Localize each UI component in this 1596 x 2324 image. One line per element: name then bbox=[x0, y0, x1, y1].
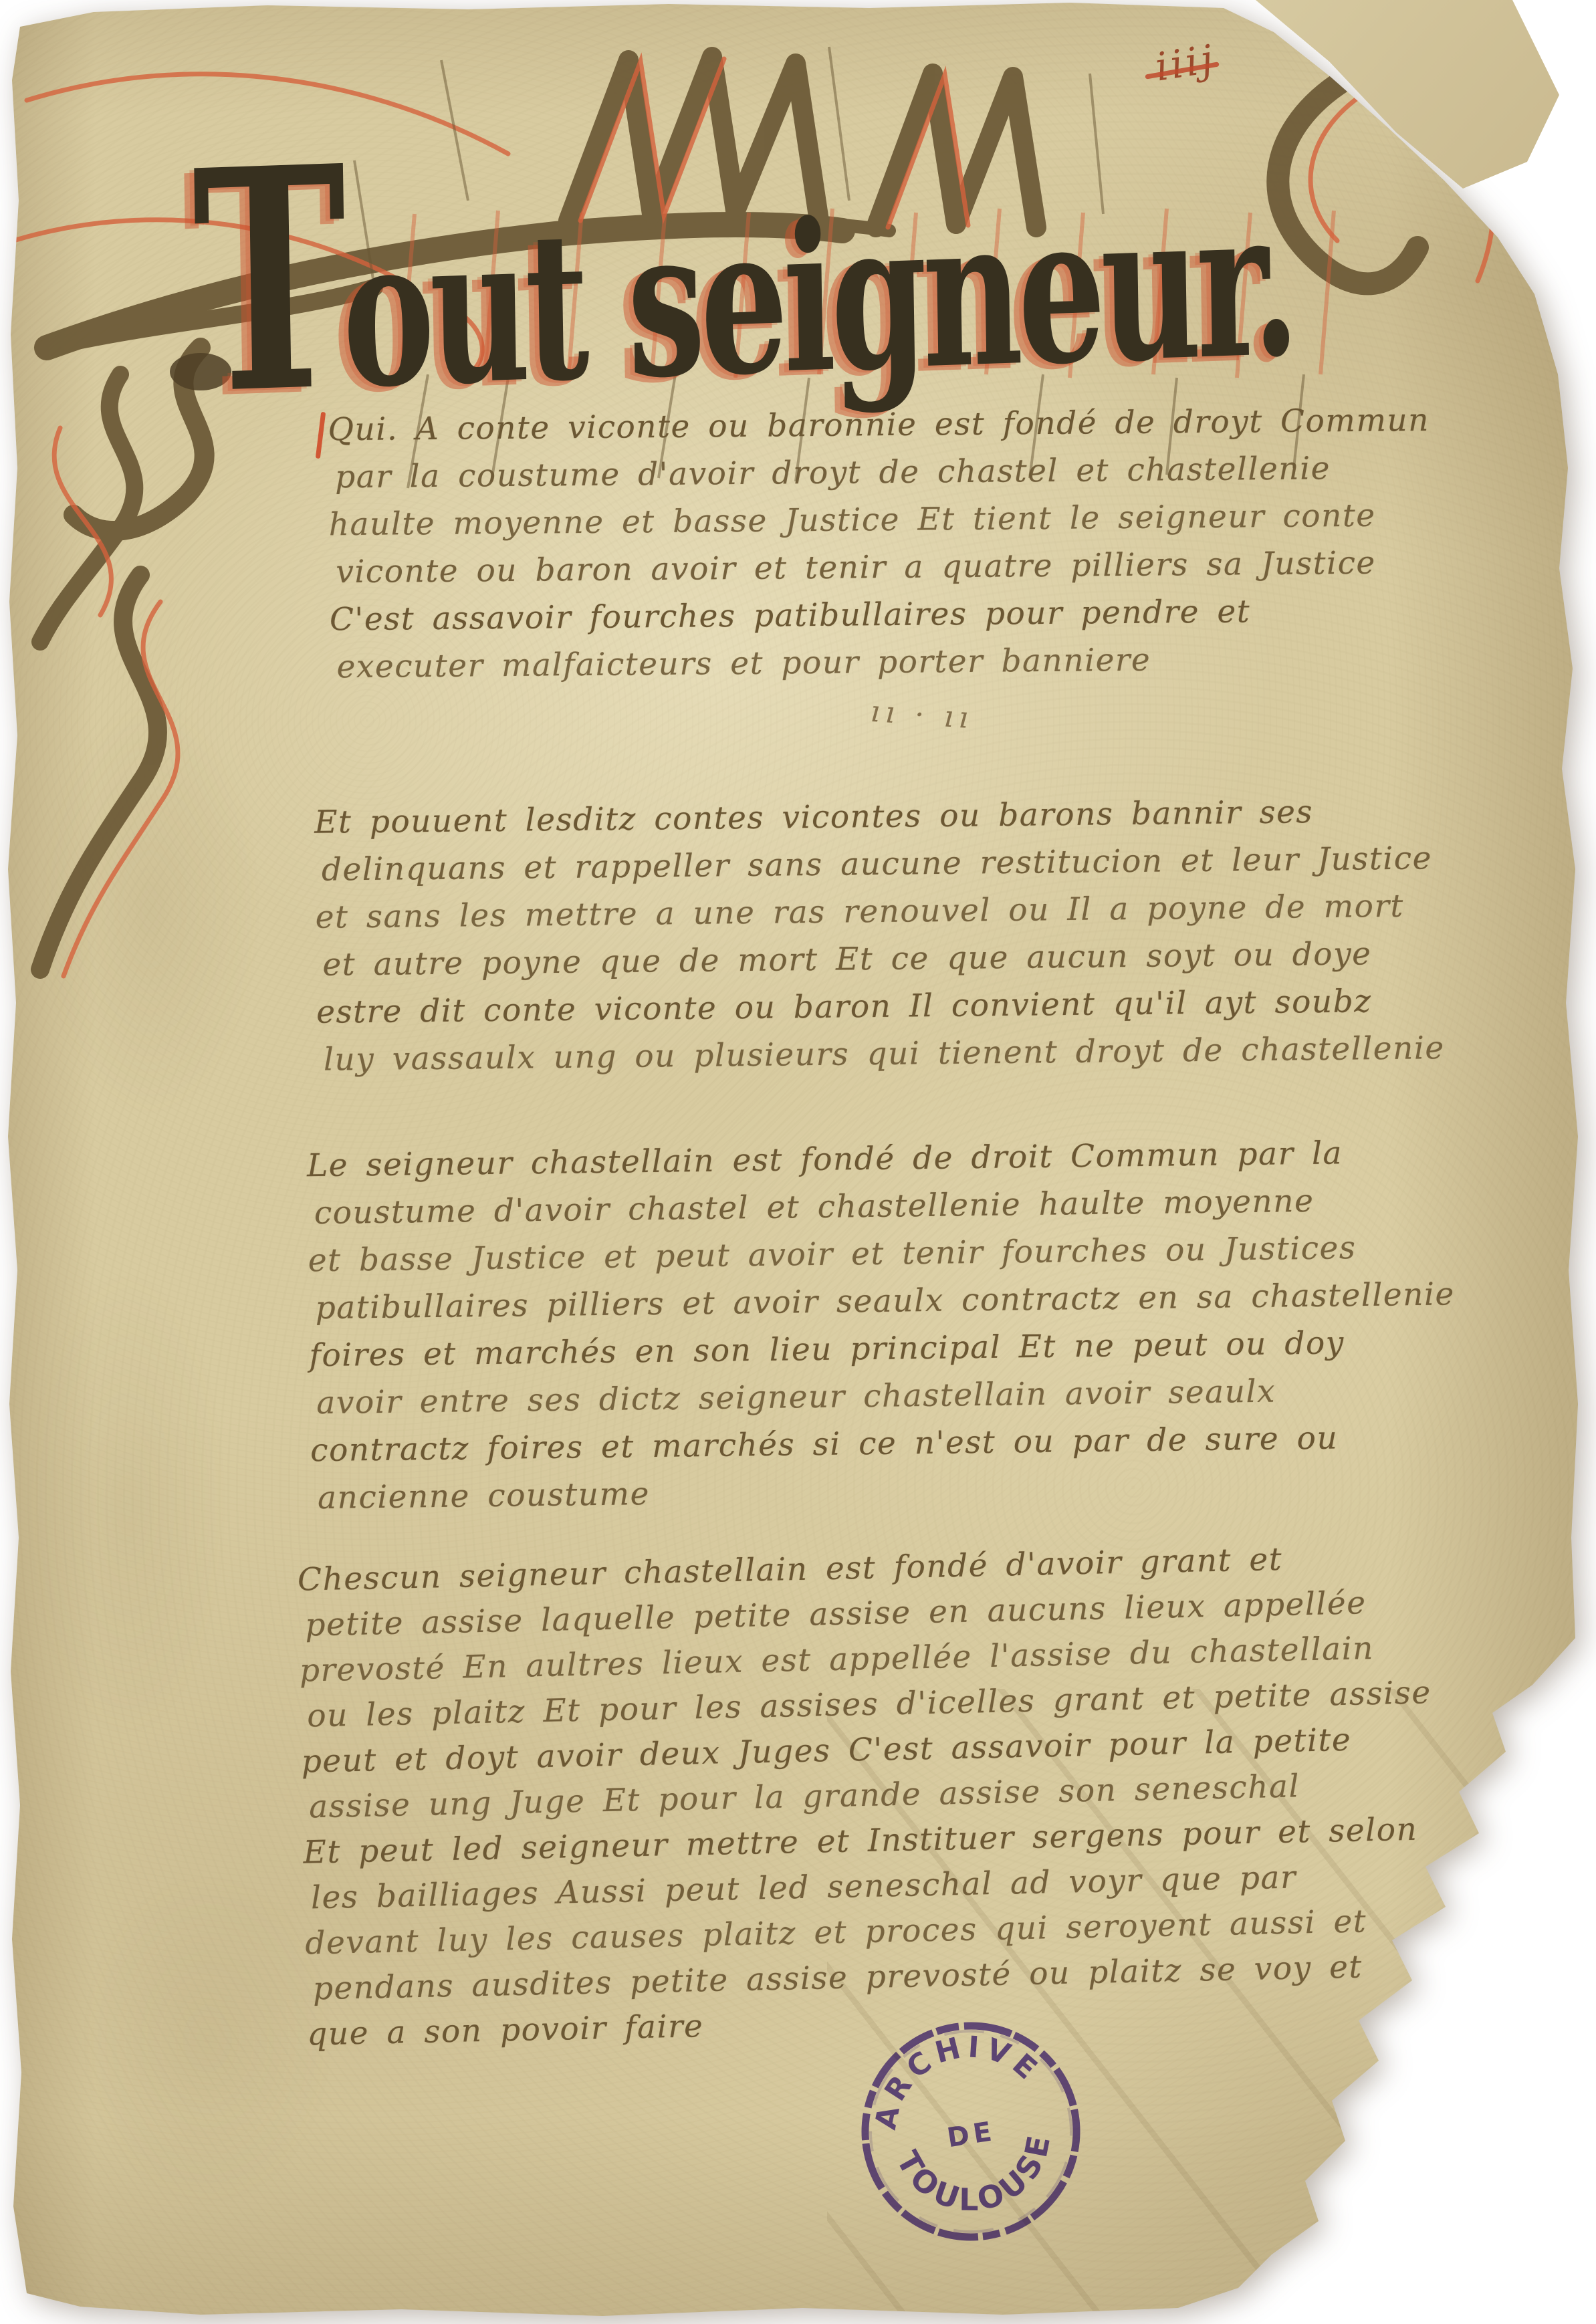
body-paragraph: Le seigneur chastellain est fondé de dro… bbox=[307, 1129, 1435, 1522]
page-title: Tout seigneur. bbox=[191, 90, 1440, 436]
title-initial-letter: T bbox=[191, 100, 344, 463]
body-paragraph: Chescun seigneur chastellain est fondé d… bbox=[297, 1534, 1430, 2057]
parchment-sheet: iiij Tout seigneur. Qui. A conte viconte… bbox=[0, 0, 1596, 2324]
manuscript-line: viconte ou baron avoir et tenir a quatre… bbox=[336, 539, 1453, 596]
ink-bleedthrough bbox=[80, 1872, 334, 2206]
ink-bleedthrough bbox=[27, 1270, 227, 1738]
archive-stamp: ARCHIVES DE TOULOUSE bbox=[826, 1986, 1117, 2277]
title-text: out seigneur. bbox=[341, 162, 1296, 434]
stamp-text-middle: DE bbox=[945, 2116, 998, 2154]
body-paragraph: Et pouuent lesditz contes vicontes ou ba… bbox=[314, 787, 1440, 1084]
scanned-manuscript-page: iiij Tout seigneur. Qui. A conte viconte… bbox=[0, 0, 1596, 2324]
body-paragraph: Qui. A conte viconte ou baronnie est fon… bbox=[328, 396, 1454, 691]
ink-bleedthrough bbox=[40, 702, 261, 1117]
manuscript-line: executer malfaicteurs et pour porter ban… bbox=[336, 634, 1454, 691]
page-shadow-wrap: iiij Tout seigneur. Qui. A conte viconte… bbox=[0, 0, 1596, 2324]
section-mark: ıı · ıı bbox=[869, 695, 974, 736]
